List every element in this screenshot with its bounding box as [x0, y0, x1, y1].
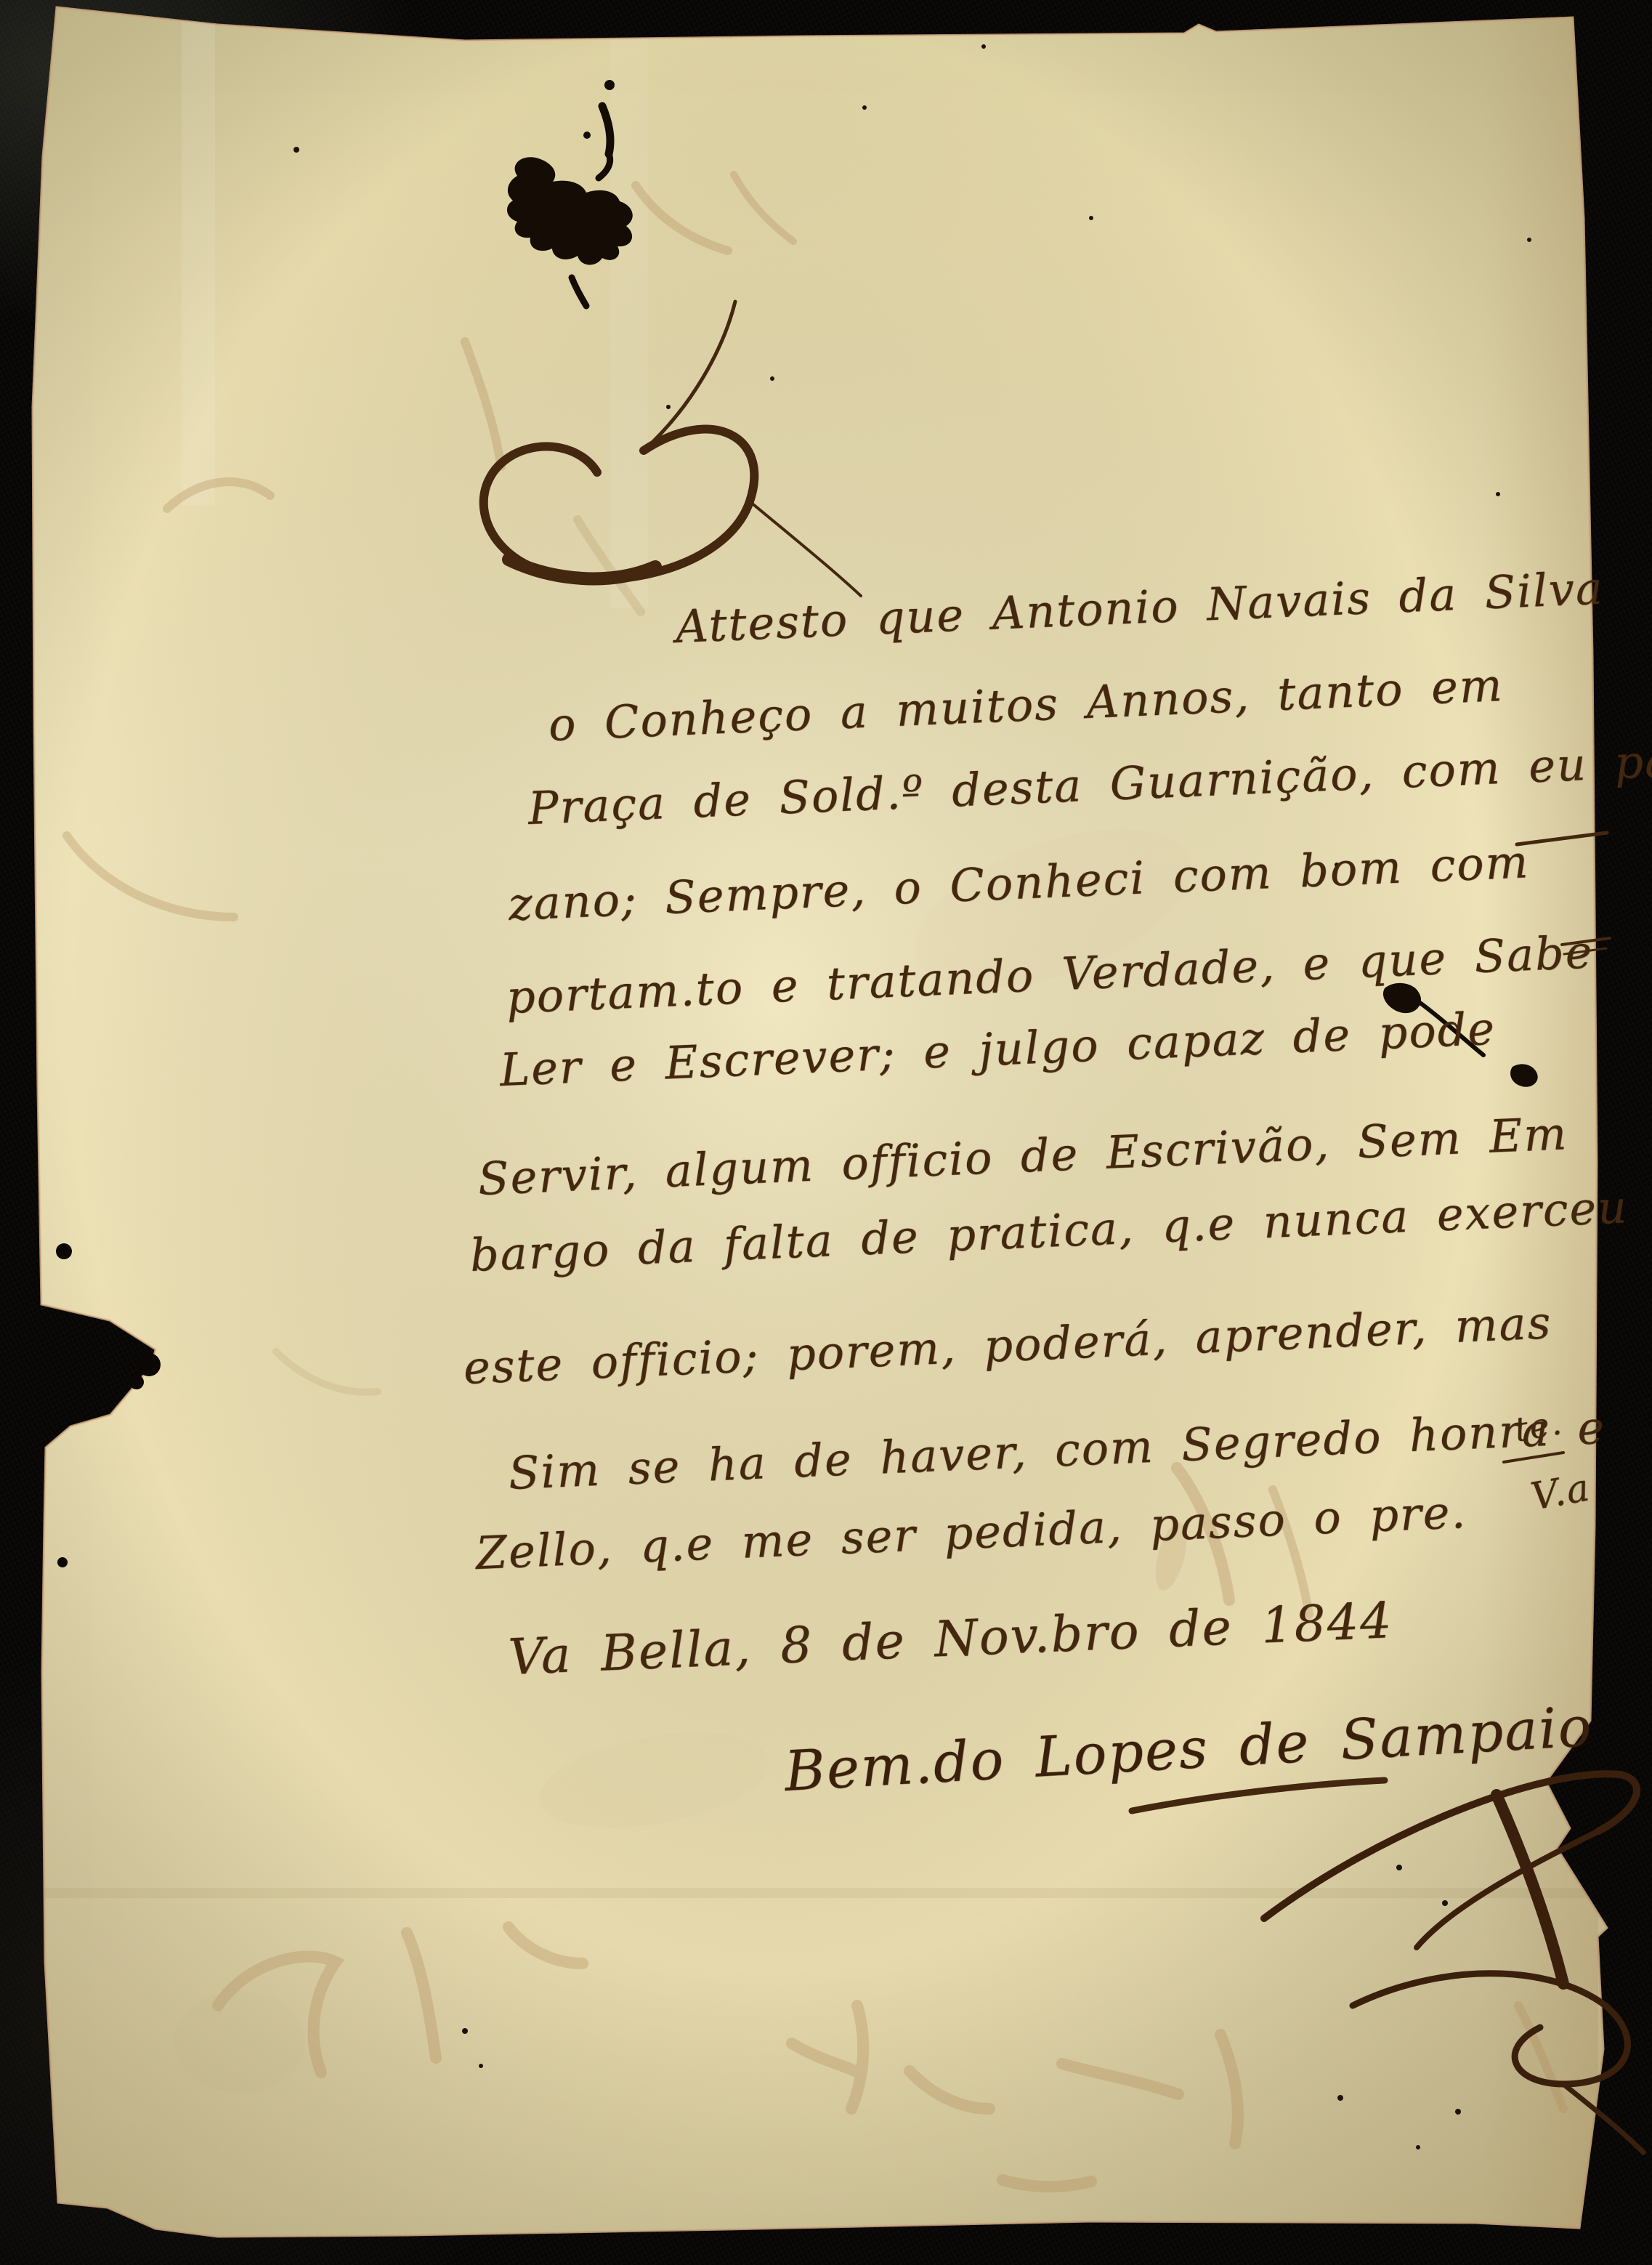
margin-catchword: te. — [1512, 1405, 1565, 1447]
photograph-of-manuscript: Attesto que Antonio Navais da Silva o Co… — [0, 0, 1652, 2265]
vertical-crease — [182, 12, 215, 506]
horizontal-crease — [44, 1888, 1591, 1898]
margin-abbreviation: V.a — [1528, 1469, 1593, 1516]
vertical-crease — [610, 12, 648, 607]
